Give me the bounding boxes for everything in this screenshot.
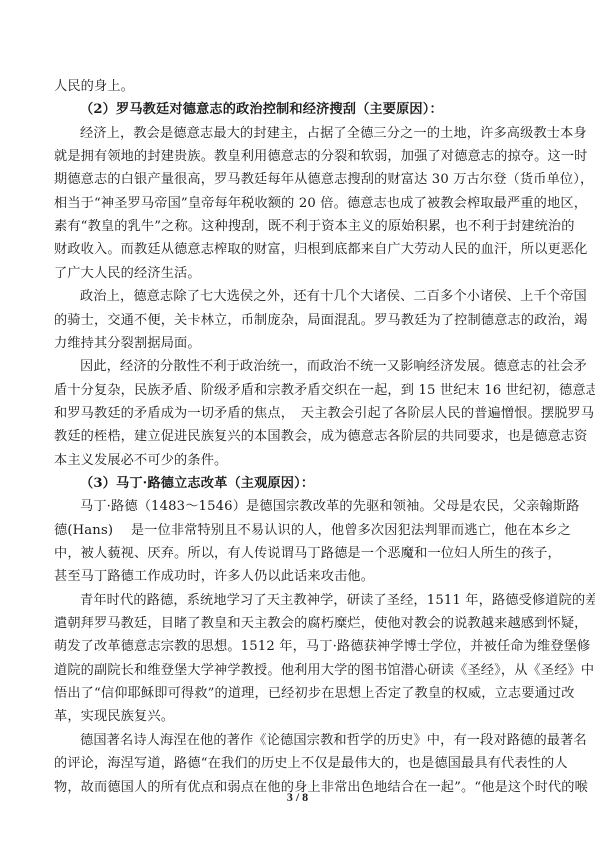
text-line: 就是拥有领地的封建贵族。教皇利用德意志的分裂和软弱，加强了对德意志的掠夺。这一时 [54, 147, 538, 167]
text-line: 的评论，海涅写道，路德“在我们的历史上不仅是最伟大的，也是德国最具有代表性的人 [54, 754, 538, 774]
text-line: 萌发了改革德意志宗教的思想。1512 年，马丁·路德获神学博士学位，并被任命为维… [54, 637, 538, 657]
text-line: 马丁·路德（1483～1546）是德国宗教改革的先驱和领袖。父母是农民，父亲翰斯… [80, 497, 538, 517]
document-page: 人民的身上。（2）罗马教廷对德意志的政治控制和经济搜刮（主要原因）：经济上，教会… [0, 0, 595, 841]
text-line: 相当于“神圣罗马帝国”皇帝每年税收额的 20 倍。德意志也成了被教会榨取最严重的… [54, 194, 538, 214]
page-number: 3 / 8 [0, 790, 595, 805]
text-line: 经济上，教会是德意志最大的封建主，占据了全德三分之一的土地，许多高级教士本身 [80, 124, 538, 144]
text-line: 因此，经济的分散性不利于政治统一，而政治不统一又影响经济发展。德意志的社会矛 [80, 357, 538, 377]
text-line: 悟出了“信仰耶稣即可得救”的道理，已经初步在思想上否定了教皇的权威，立志要通过改 [54, 684, 538, 704]
text-line: 青年时代的路德，系统地学习了天主教神学，研读了圣经，1511 年，路德受修道院的… [80, 591, 538, 611]
section-heading: （2）罗马教廷对德意志的政治控制和经济搜刮（主要原因）： [80, 100, 564, 120]
text-line: 和罗马教廷的矛盾成为一切矛盾的焦点， 天主教会引起了各阶层人民的普遍憎恨。摆脱罗… [54, 404, 538, 424]
text-line: 本主义发展必不可少的条件。 [54, 451, 538, 471]
text-line: 教廷的桎梏，建立促进民族复兴的本国教会，成为德意志各阶层的共同要求，也是德意志资 [54, 427, 538, 447]
text-line: 了广大人民的经济生活。 [54, 264, 538, 284]
text-line: 力维持其分裂割据局面。 [54, 334, 538, 354]
text-line: 财政收入。而教廷从德意志榨取的财富，归根到底都来自广大劳动人民的血汗，所以更恶化 [54, 240, 538, 260]
text-line: 政治上，德意志除了七大选侯之外，还有十几个大诸侯、二百多个小诸侯、上千个帝国 [80, 287, 538, 307]
text-line: 盾十分复杂，民族矛盾、阶级矛盾和宗教矛盾交织在一起，到 15 世纪末 16 世纪… [54, 381, 538, 401]
text-line: 革，实现民族复兴。 [54, 707, 538, 727]
section-heading: （3）马丁·路德立志改革（主观原因）： [80, 474, 564, 494]
text-line: 甚至马丁路德工作成功时，许多人仍以此话来攻击他。 [54, 567, 538, 587]
text-line: 的骑士，交通不便，关卡林立，币制庞杂，局面混乱。罗马教廷为了控制德意志的政治，竭 [54, 311, 538, 331]
text-line: 德国著名诗人海涅在他的著作《论德国宗教和哲学的历史》中，有一段对路德的最著名 [80, 731, 538, 751]
text-line: 中，被人藐视、厌弃。所以，有人传说谓马丁路德是一个恶魔和一位妇人所生的孩子， [54, 544, 538, 564]
text-line: 遣朝拜罗马教廷，目睹了教皇和天主教会的腐朽糜烂，使他对教会的说教越来越感到怀疑， [54, 614, 538, 634]
text-line: 德(Hans) 是一位非常特别且不易认识的人，他曾多次因犯法判罪而逃亡，他在本乡… [54, 521, 538, 541]
text-line: 期德意志的白银产量很高，罗马教廷每年从德意志搜刮的财富达 30 万古尔登（货币单… [54, 170, 538, 190]
text-line: 素有“教皇的乳牛”之称。这种搜刮，既不利于资本主义的原始积累，也不利于封建统治的 [54, 217, 538, 237]
text-line: 人民的身上。 [54, 77, 538, 97]
text-line: 道院的副院长和维登堡大学神学教授。他利用大学的图书馆潜心研读《圣经》，从《圣经》… [54, 661, 538, 681]
